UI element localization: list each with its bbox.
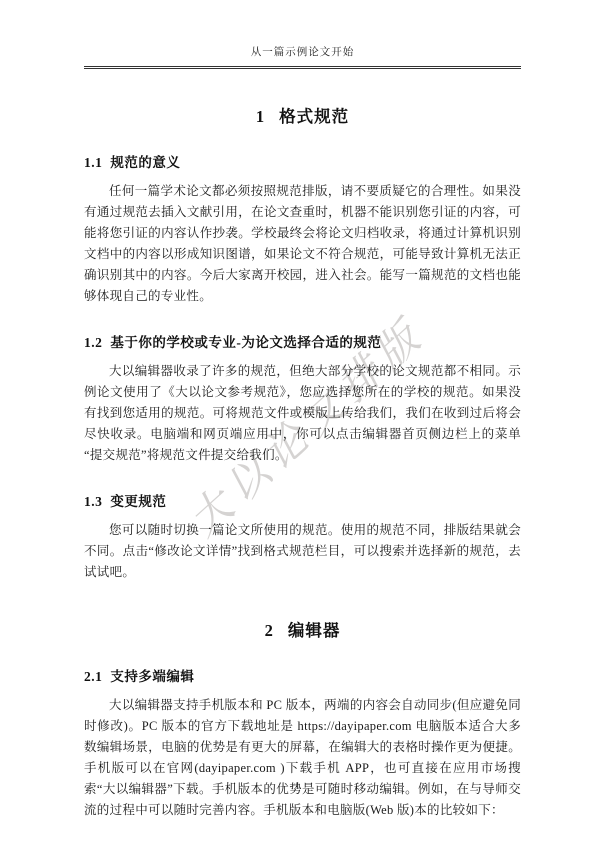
page-content: 从一篇示例论文开始 1格式规范 1.1规范的意义 任何一篇学术论文都必须按照规范… (0, 0, 595, 821)
running-head: 从一篇示例论文开始 (84, 44, 521, 69)
section-2-1-paragraph: 大以编辑器支持手机版本和 PC 版本，两端的内容会自动同步(但应避免同时修改)。… (84, 695, 521, 821)
section-1-3-title-text: 变更规范 (110, 494, 166, 509)
section-1-1-number: 1.1 (84, 155, 102, 170)
section-1-2-title-text: 基于你的学校或专业-为论文选择合适的规范 (110, 335, 381, 350)
section-1-3-paragraph: 您可以随时切换一篇论文所使用的规范。使用的规范不同，排版结果就会不同。点击“修改… (84, 520, 521, 583)
chapter-2-number: 2 (265, 621, 274, 640)
page-number: 1 (0, 781, 595, 792)
section-1-1-title: 1.1规范的意义 (84, 151, 521, 171)
chapter-1-title: 1格式规范 (84, 103, 521, 127)
section-1-2-title: 1.2基于你的学校或专业-为论文选择合适的规范 (84, 331, 521, 351)
section-2-1-title: 2.1支持多端编辑 (84, 665, 521, 685)
section-1-1-title-text: 规范的意义 (110, 155, 180, 170)
document-page: 大以论文排版 从一篇示例论文开始 1格式规范 1.1规范的意义 任何一篇学术论文… (0, 0, 595, 842)
section-1-2-paragraph: 大以编辑器收录了许多的规范，但绝大部分学校的论文规范都不相同。示例论文使用了《大… (84, 361, 521, 466)
chapter-1-number: 1 (256, 107, 265, 126)
section-2-1-number: 2.1 (84, 669, 102, 684)
section-1-2-number: 1.2 (84, 335, 102, 350)
section-2-1-title-text: 支持多端编辑 (110, 669, 194, 684)
chapter-2-title: 2编辑器 (84, 617, 521, 641)
section-1-1-paragraph: 任何一篇学术论文都必须按照规范排版，请不要质疑它的合理性。如果没有通过规范去插入… (84, 181, 521, 307)
chapter-1-title-text: 格式规范 (279, 107, 349, 126)
chapter-2-title-text: 编辑器 (288, 621, 341, 640)
section-1-3-title: 1.3变更规范 (84, 490, 521, 510)
section-1-3-number: 1.3 (84, 494, 102, 509)
